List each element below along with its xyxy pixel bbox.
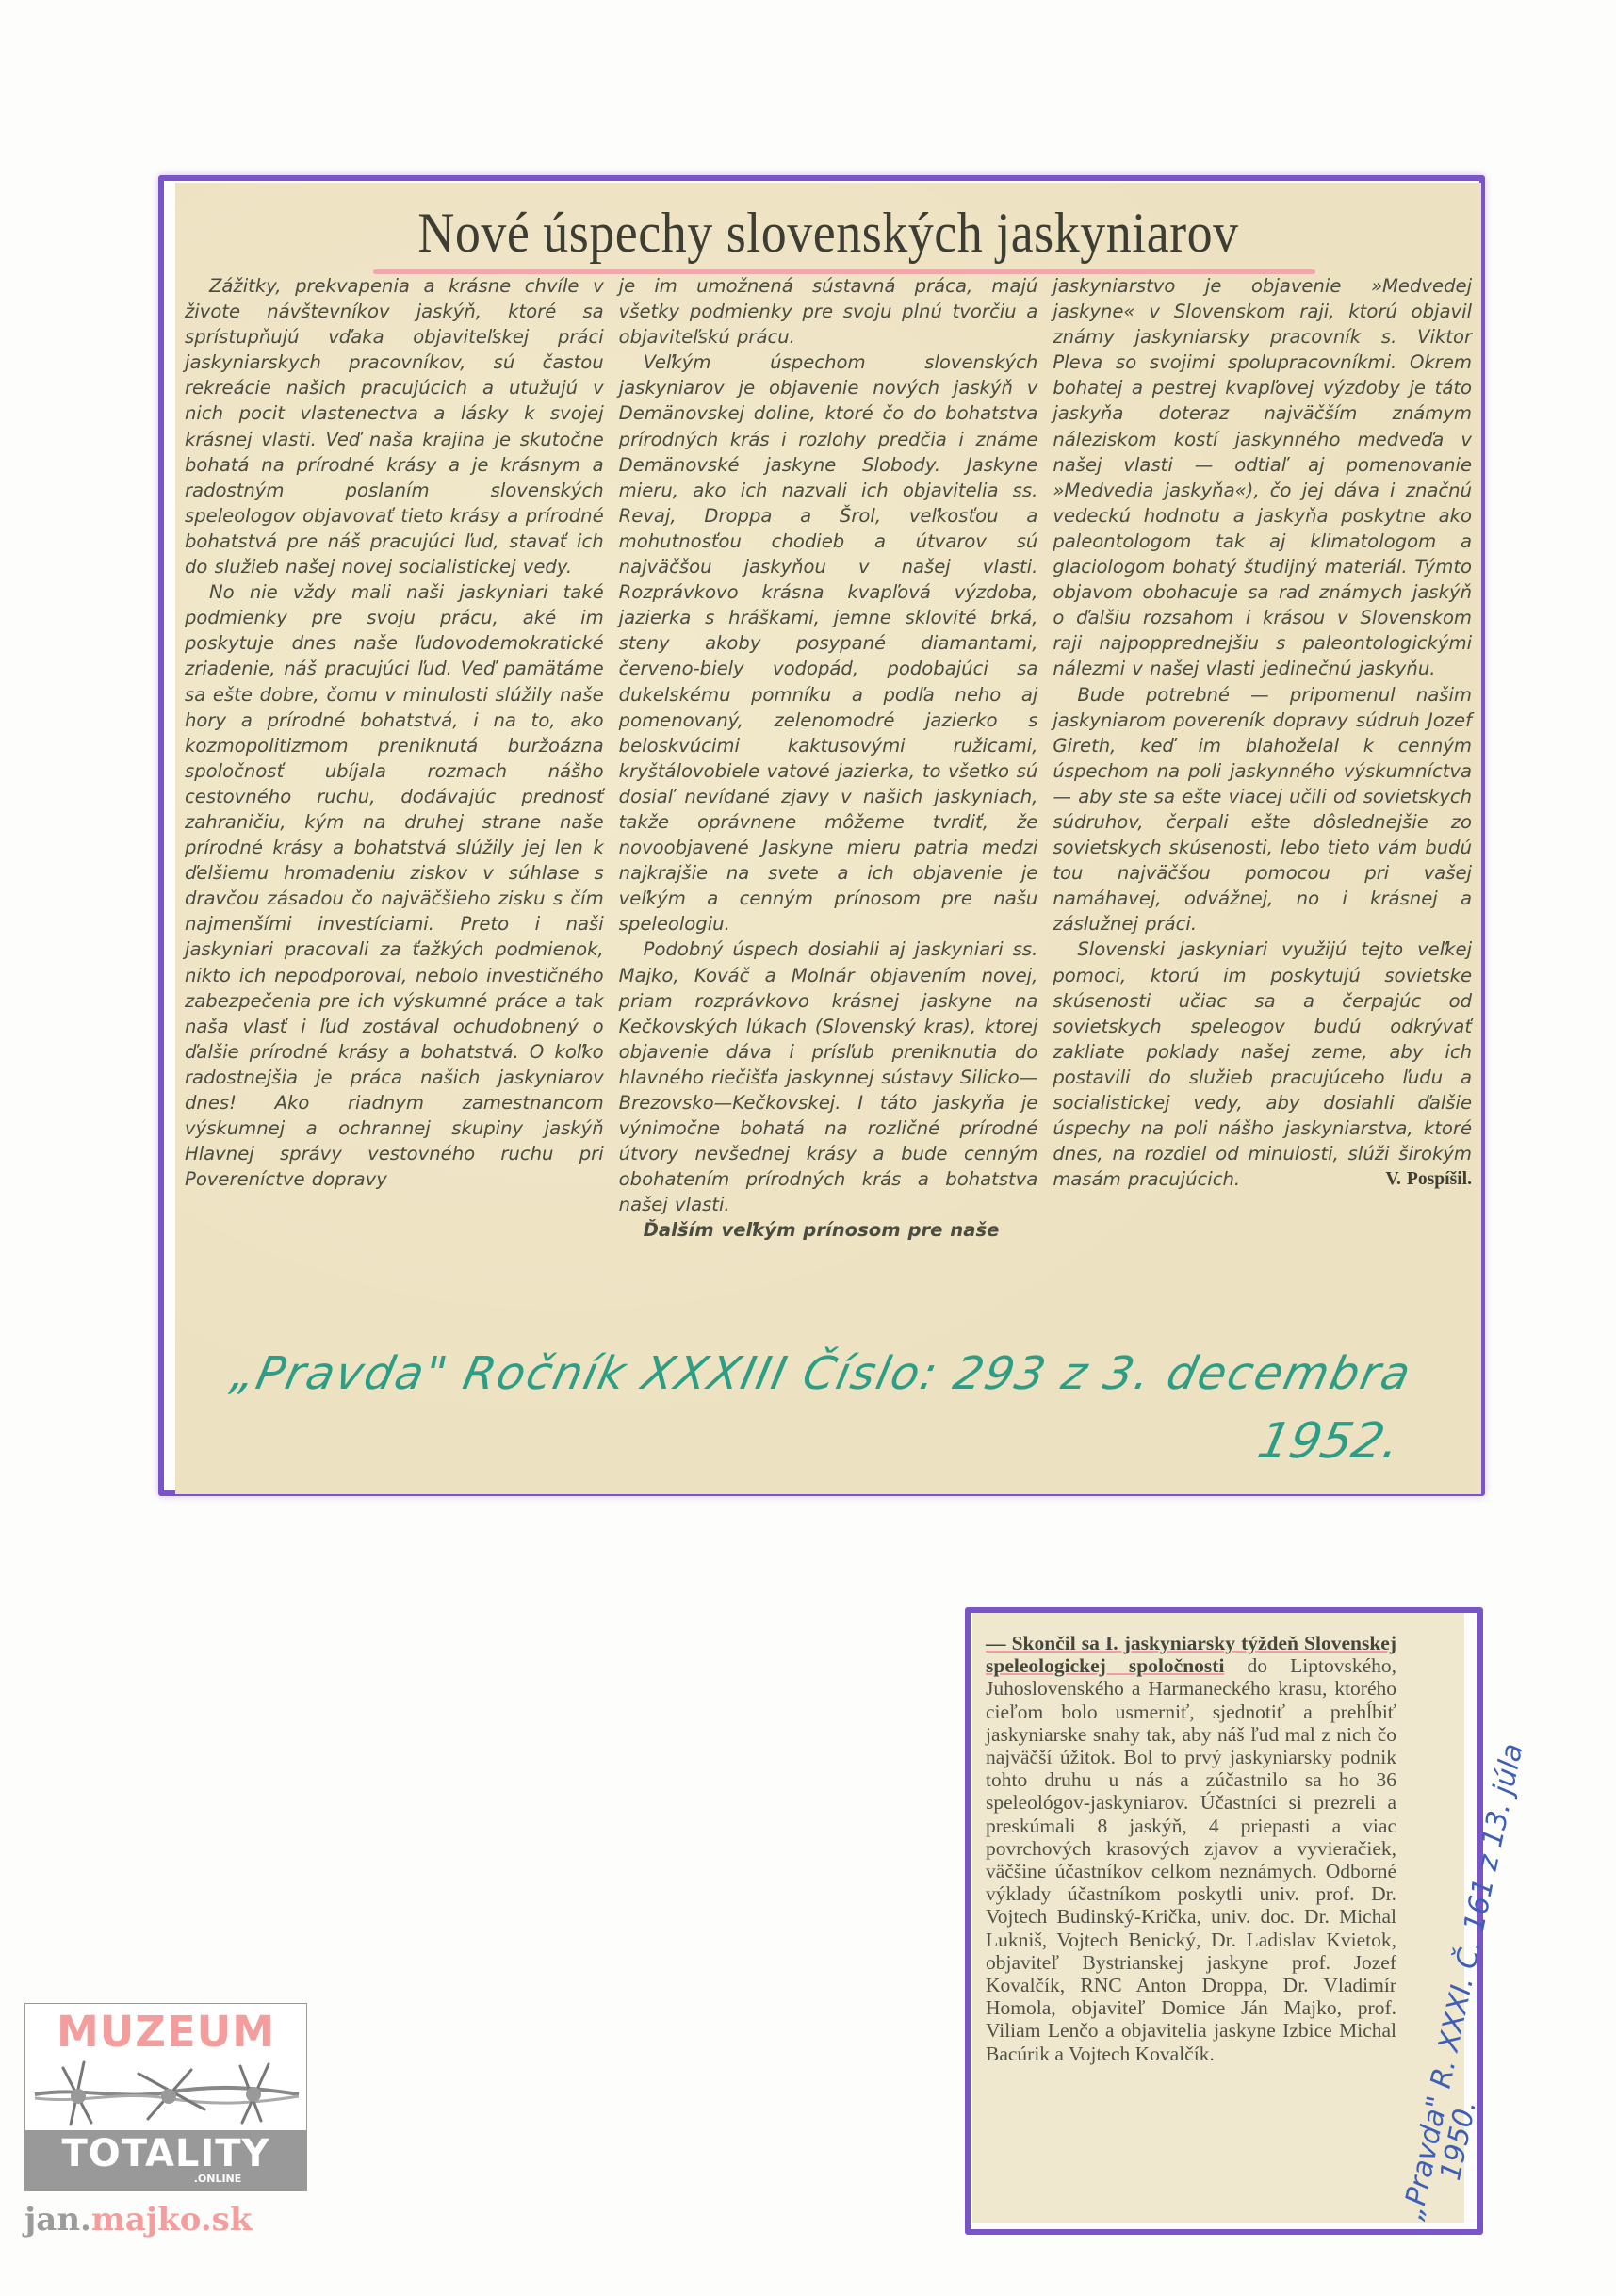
handwritten-source-note: „Pravda" Ročník XXXIII Číslo: 293 z 3. d… — [226, 1347, 1416, 1400]
paragraph-text: Slovenski jaskyniari využijú tejto veľke… — [1053, 938, 1472, 1190]
small-clipping-text: — Skončil sa I. jaskyniarsky týždeň Slov… — [986, 1632, 1396, 2065]
logo-title-top: MUZEUM — [25, 2004, 306, 2055]
paragraph: je im umožnená sústavná práca, majú všet… — [619, 273, 1038, 350]
website-link[interactable]: jan.majko.sk — [24, 2201, 307, 2239]
paragraph: Ďalším veľkým prínosom pre naše — [619, 1217, 1038, 1243]
handwritten-year: 1952. — [1253, 1413, 1406, 1470]
website-link-part2: majko.sk — [91, 2201, 252, 2239]
main-clipping: Nové úspechy slovenských jaskyniarov Záž… — [175, 183, 1481, 1494]
small-clipping: — Skončil sa I. jaskyniarsky týždeň Slov… — [972, 1613, 1464, 2223]
paragraph: Slovenski jaskyniari využijú tejto veľke… — [1053, 936, 1472, 1192]
author-signature: V. Pospíšil. — [1361, 1166, 1472, 1192]
article-column-2: je im umožnená sústavná práca, majú všet… — [619, 273, 1038, 1338]
paragraph: jaskyniarstvo je objavenie »Medvedej jas… — [1053, 273, 1472, 682]
paragraph: No nie vždy mali naši jaskyniari také po… — [185, 579, 604, 1192]
paragraph: Bude potrebné — pripomenul našim jaskyni… — [1053, 682, 1472, 937]
small-clipping-body: do Liptovského, Juhoslovenského a Harman… — [986, 1654, 1396, 2064]
article-columns: Zážitky, prekvapenia a krásne chvíle v ž… — [185, 273, 1472, 1338]
headline: Nové úspechy slovenských jaskyniarov — [175, 200, 1481, 265]
logo-band: TOTALITY .ONLINE — [25, 2130, 306, 2190]
paragraph: Podobný úspech dosiahli aj jaskyniari ss… — [619, 936, 1038, 1217]
logo-title-bottom: TOTALITY — [25, 2134, 306, 2174]
barbed-wire-icon — [25, 2055, 306, 2130]
article-column-3: jaskyniarstvo je objavenie »Medvedej jas… — [1053, 273, 1472, 1338]
logo-box: MUZEUM TOTALITY .ONLINE — [24, 2003, 307, 2191]
website-link-part1: jan. — [24, 2201, 91, 2239]
paragraph: Zážitky, prekvapenia a krásne chvíle v ž… — [185, 273, 604, 579]
paragraph: Veľkým úspechom slovenských jaskyniarov … — [619, 350, 1038, 936]
museum-logo[interactable]: MUZEUM TOTALITY .ONLINE jan.majko.sk — [24, 2003, 307, 2239]
article-column-1: Zážitky, prekvapenia a krásne chvíle v ž… — [185, 273, 604, 1338]
